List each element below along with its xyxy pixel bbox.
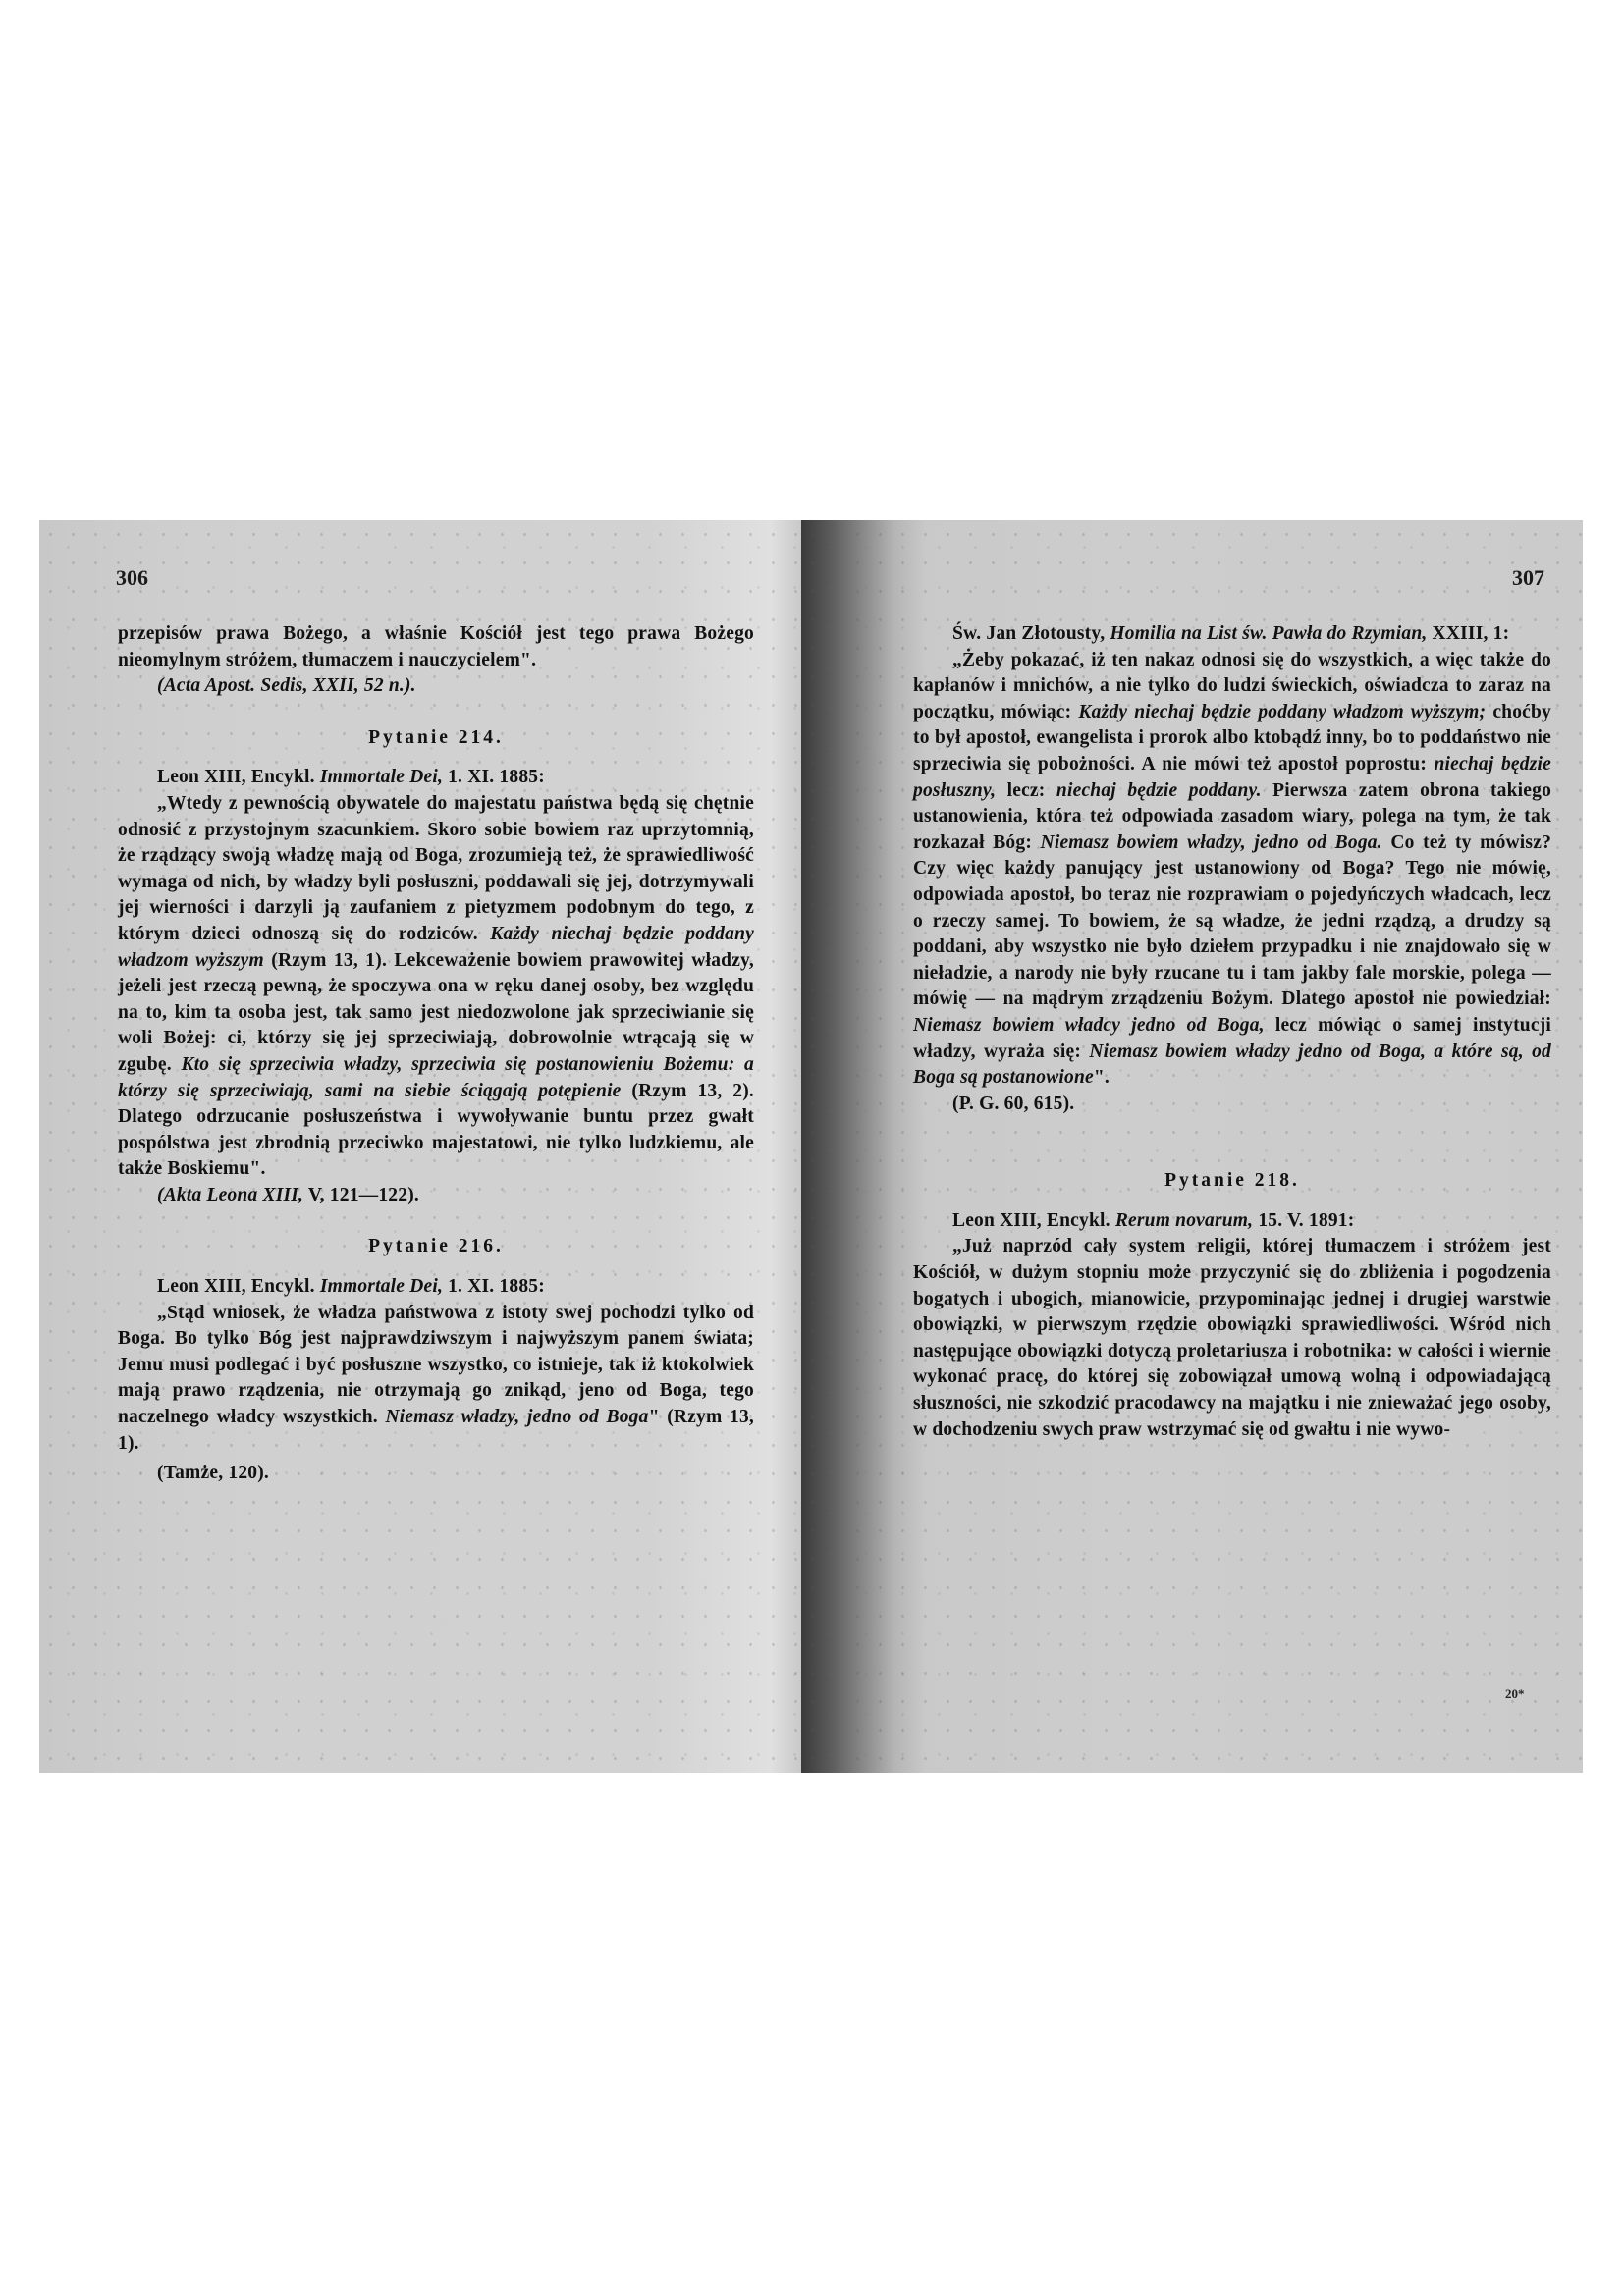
right-page-text: Św. Jan Złotousty, Homilia na List św. P… — [913, 621, 1551, 1443]
page-number-right: 307 — [1512, 565, 1544, 591]
quote-paragraph: „Wtedy z pewnością obywatele do majestat… — [118, 791, 754, 1183]
scripture-quote: Każdy niechaj będzie poddany władzom wyż… — [1078, 702, 1486, 722]
source-reference: (P. G. 60, 615). — [913, 1092, 1551, 1118]
quote-text: „Wtedy z pewnością obywatele do majestat… — [118, 793, 754, 944]
source-text: V, 121—122). — [308, 1185, 419, 1205]
citation-title: Rerum novarum, — [1115, 1210, 1253, 1231]
paragraph-text: przepisów prawa Bożego, a właśnie Kośció… — [118, 623, 754, 670]
citation-date: 1. XI. 1885: — [448, 1276, 545, 1297]
continuation-paragraph: przepisów prawa Bożego, a właśnie Kośció… — [118, 621, 754, 673]
citation-title: Immortale Dei, — [320, 767, 443, 787]
citation-author: Leon XIII, Encykl. — [952, 1210, 1110, 1231]
page-number-left: 306 — [116, 565, 148, 591]
citation-line: Leon XIII, Encykl. Rerum novarum, 15. V.… — [913, 1208, 1551, 1235]
question-heading-216: Pytanie 216. — [118, 1234, 754, 1260]
quote-paragraph: „Stąd wniosek, że władza państwowa z ist… — [118, 1301, 754, 1458]
citation-ref: XXIII, 1: — [1433, 623, 1510, 644]
source-reference: (Acta Apost. Sedis, XXII, 52 n.). — [118, 673, 754, 700]
citation-line: Św. Jan Złotousty, Homilia na List św. P… — [913, 621, 1551, 648]
citation-title: Homilia na List św. Pawła do Rzymian, — [1110, 623, 1427, 644]
citation-author: Leon XIII, Encykl. — [157, 767, 315, 787]
citation-line: Leon XIII, Encykl. Immortale Dei, 1. XI.… — [118, 1274, 754, 1301]
citation-line: Leon XIII, Encykl. Immortale Dei, 1. XI.… — [118, 765, 754, 791]
printer-signature-mark: 20* — [1505, 1686, 1525, 1702]
quote-text: „Już naprzód cały system religii, której… — [913, 1236, 1551, 1439]
source-text: (Acta Apost. Sedis, XXII, 52 n.). — [157, 675, 416, 696]
citation-author: Św. Jan Złotousty, — [952, 623, 1105, 644]
citation-date: 1. XI. 1885: — [448, 767, 545, 787]
scripture-quote: Niemasz władzy, jedno od Boga — [385, 1407, 648, 1427]
citation-date: 15. V. 1891: — [1258, 1210, 1354, 1231]
source-paren: ( — [157, 1185, 164, 1205]
question-heading-214: Pytanie 214. — [118, 725, 754, 752]
quote-text: Co też ty mówisz? Czy więc każdy panując… — [913, 832, 1551, 1010]
scripture-quote: niechaj będzie poddany. — [1056, 780, 1262, 801]
source-title: Akta Leona XIII, — [164, 1185, 303, 1205]
quote-paragraph: „Żeby pokazać, iż ten nakaz odnosi się d… — [913, 648, 1551, 1092]
source-reference: (Tamże, 120). — [118, 1461, 754, 1487]
question-heading-218: Pytanie 218. — [913, 1168, 1551, 1195]
citation-title: Immortale Dei, — [320, 1276, 443, 1297]
scripture-quote: Niemasz bowiem władzy, jedno od Boga. — [1041, 832, 1382, 853]
book-scan: 306 307 przepisów prawa Bożego, a właśni… — [39, 520, 1583, 1773]
quote-text: ". — [1094, 1067, 1110, 1088]
source-reference: (Akta Leona XIII, V, 121—122). — [118, 1183, 754, 1209]
citation-author: Leon XIII, Encykl. — [157, 1276, 315, 1297]
left-page-text: przepisów prawa Bożego, a właśnie Kośció… — [118, 621, 754, 1487]
scripture-quote: Niemasz bowiem władcy jedno od Boga, — [913, 1015, 1265, 1036]
quote-paragraph: „Już naprzód cały system religii, której… — [913, 1234, 1551, 1443]
quote-text: lecz: — [1007, 780, 1046, 801]
